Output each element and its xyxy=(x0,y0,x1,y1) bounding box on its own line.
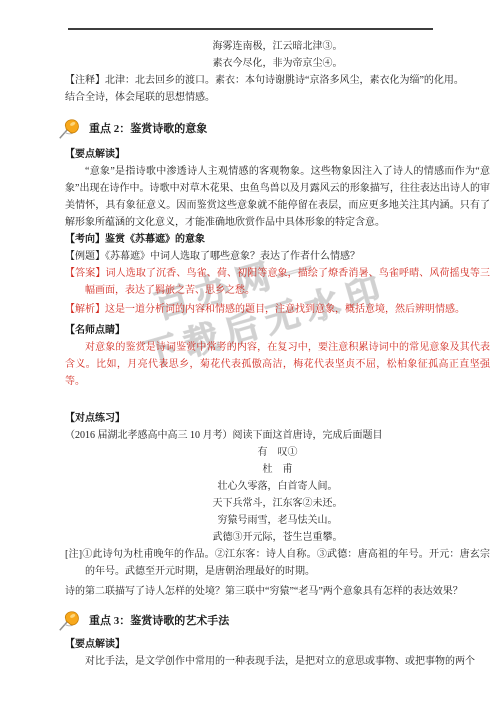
document-page: 百办网— 下载后无水印 海雾连南极，江云暗北津③。 素衣今尽化，非为帝京尘④。 … xyxy=(0,0,500,708)
focus3-heading-jiedu: 【要点解读】 xyxy=(65,636,490,653)
poem1-note: 【注释】北津：北去回乡的渡口。素衣：本句诗谢朓诗“京洛多风尘，素衣化为缁”的化用… xyxy=(65,72,490,89)
exercise-poem-line: 穷猿号雨雪，老马怯关山。 xyxy=(65,512,490,529)
focus3-title-row: 重点 3：鉴赏诗歌的艺术手法 xyxy=(65,608,490,634)
focus2-title: 重点 2：鉴赏诗歌的意象 xyxy=(89,121,207,138)
exercise-question: 诗的第二联描写了诗人怎样的处境？第三联中“穷猿”“老马”两个意象具有怎样的表达效… xyxy=(65,583,490,600)
pushpin-icon xyxy=(57,117,81,141)
focus3-title: 重点 3：鉴赏诗歌的艺术手法 xyxy=(89,613,229,630)
document-content: 海雾连南极，江云暗北津③。 素衣今尽化，非为帝京尘④。 【注释】北津：北去回乡的… xyxy=(65,0,490,670)
exercise-poem-line: 壮心久零落，白首寄人间。 xyxy=(65,478,490,495)
poem1-line2: 素衣今尽化，非为帝京尘④。 xyxy=(65,55,490,72)
exercise-poem-title: 有 叹① xyxy=(65,444,490,461)
focus2-liti: 【例题】《苏幕遮》中词人选取了哪些意象？表达了作者什么情感？ xyxy=(65,248,490,265)
pushpin-icon xyxy=(57,609,81,633)
focus2-jiexi: 【解析】这是一道分析词的内容和情感的题目，注意找到意象，概括意境，然后辨明情感。 xyxy=(65,301,490,318)
exercise-poem-line: 武德③开元际，苍生岂重攀。 xyxy=(65,529,490,546)
focus2-title-row: 重点 2：鉴赏诗歌的意象 xyxy=(65,116,490,142)
focus2-heading-duidian: 【对点练习】 xyxy=(65,410,490,427)
exercise-intro: （2016 届湖北孝感高中高三 10 月考）阅读下面这首唐诗，完成后面题目 xyxy=(65,427,490,444)
focus2-jiedu-text: “意象”是指诗歌中渗透诗人主观情感的客观物象。这些物象因注入了诗人的情感而作为“… xyxy=(65,163,490,231)
poem1-question: 结合全诗，体会尾联的思想情感。 xyxy=(65,89,490,106)
exercise-poet: 杜 甫 xyxy=(65,461,490,478)
focus2-kaoxiang: 【考向】鉴赏《苏幕遮》的意象 xyxy=(65,231,490,248)
focus2-heading-jiedu: 【要点解读】 xyxy=(65,146,490,163)
focus2-answer: 【答案】词人选取了沉香、鸟雀、荷、初阳等意象，描绘了燎香消暑、鸟雀呼晴、风荷摇曳… xyxy=(65,265,490,299)
focus2-mingshi-text: 对意象的鉴赏是诗词鉴赏中常考的内容，在复习中，要注意积累诗词中的常见意象及其代表… xyxy=(65,339,490,390)
exercise-poem-line: 天下兵常斗，江东客②未还。 xyxy=(65,495,490,512)
poem1-line1: 海雾连南极，江云暗北津③。 xyxy=(65,38,490,55)
focus2-heading-mingshi: 【名师点睛】 xyxy=(65,322,490,339)
focus3-text: 对比手法，是文学创作中常用的一种表现手法，是把对立的意思或事物、或把事物的两个 xyxy=(65,653,490,670)
exercise-note: [注]①此诗句为杜甫晚年的作品。②江东客：诗人自称。③武德：唐高祖的年号。开元：… xyxy=(65,546,490,580)
